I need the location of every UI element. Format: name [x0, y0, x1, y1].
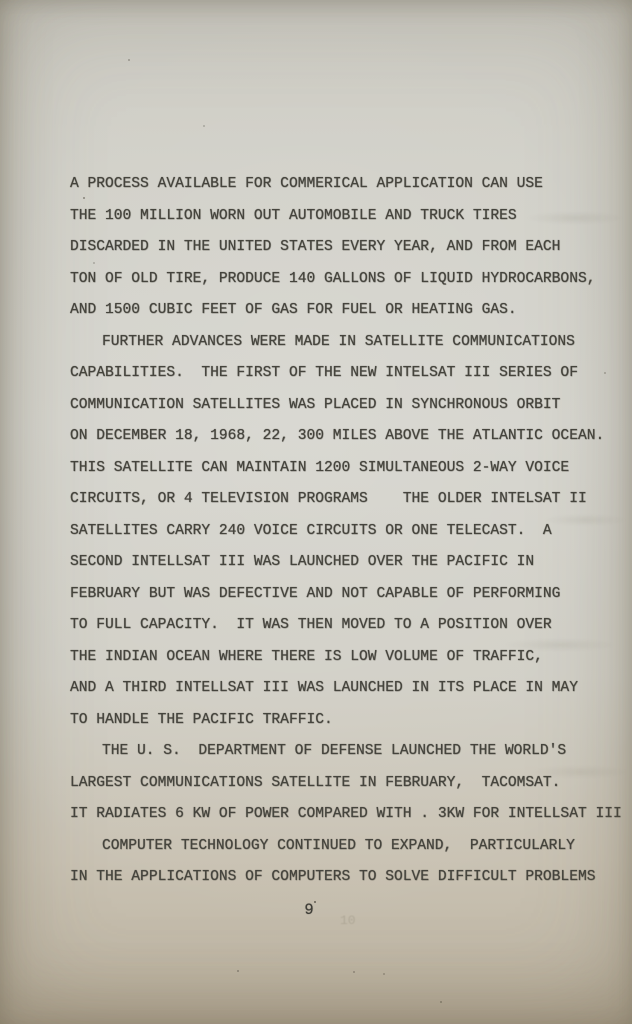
text-line: CIRCUITS, OR 4 TELEVISION PROGRAMS THE O…: [70, 484, 630, 516]
text-line: TON OF OLD TIRE, PRODUCE 140 GALLONS OF …: [70, 264, 630, 296]
text-line: SATELLITES CARRY 240 VOICE CIRCUITS OR O…: [70, 516, 630, 548]
document-text: A PROCESS AVAILABLE FOR COMMERICAL APPLI…: [70, 169, 630, 894]
text-line: COMPUTER TECHNOLOGY CONTINUED TO EXPAND,…: [70, 831, 630, 863]
text-line: AND 1500 CUBIC FEET OF GAS FOR FUEL OR H…: [70, 295, 630, 327]
text-line: TO FULL CAPACITY. IT WAS THEN MOVED TO A…: [70, 610, 630, 642]
paper-specks: [0, 0, 2, 2]
text-line: FEBRUARY BUT WAS DEFECTIVE AND NOT CAPAB…: [70, 579, 630, 611]
text-line: LARGEST COMMUNICATIONS SATELLITE IN FEBR…: [70, 768, 630, 800]
text-line: ON DECEMBER 18, 1968, 22, 300 MILES ABOV…: [70, 421, 630, 453]
text-line: IN THE APPLICATIONS OF COMPUTERS TO SOLV…: [70, 862, 630, 894]
text-line: THIS SATELLITE CAN MAINTAIN 1200 SIMULTA…: [70, 453, 630, 485]
text-line: DISCARDED IN THE UNITED STATES EVERY YEA…: [70, 232, 630, 264]
text-line: THE INDIAN OCEAN WHERE THERE IS LOW VOLU…: [70, 642, 630, 674]
text-line: FURTHER ADVANCES WERE MADE IN SATELLITE …: [70, 327, 630, 359]
page-number: 9: [304, 901, 313, 919]
page-footer: 9 10: [0, 901, 632, 919]
text-line: A PROCESS AVAILABLE FOR COMMERICAL APPLI…: [70, 169, 630, 201]
text-line: THE 100 MILLION WORN OUT AUTOMOBILE AND …: [70, 201, 630, 233]
text-line: TO HANDLE THE PACIFIC TRAFFIC.: [70, 705, 630, 737]
text-line: COMMUNICATION SATELLITES WAS PLACED IN S…: [70, 390, 630, 422]
scanned-page: A PROCESS AVAILABLE FOR COMMERICAL APPLI…: [0, 0, 632, 1024]
text-line: IT RADIATES 6 KW OF POWER COMPARED WITH …: [70, 799, 630, 831]
text-line: THE U. S. DEPARTMENT OF DEFENSE LAUNCHED…: [70, 736, 630, 768]
text-line: AND A THIRD INTELLSAT III WAS LAUNCHED I…: [70, 673, 630, 705]
text-line: CAPABILITIES. THE FIRST OF THE NEW INTEL…: [70, 358, 630, 390]
text-line: SECOND INTELLSAT III WAS LAUNCHED OVER T…: [70, 547, 630, 579]
ghost-page-number: 10: [340, 913, 356, 928]
